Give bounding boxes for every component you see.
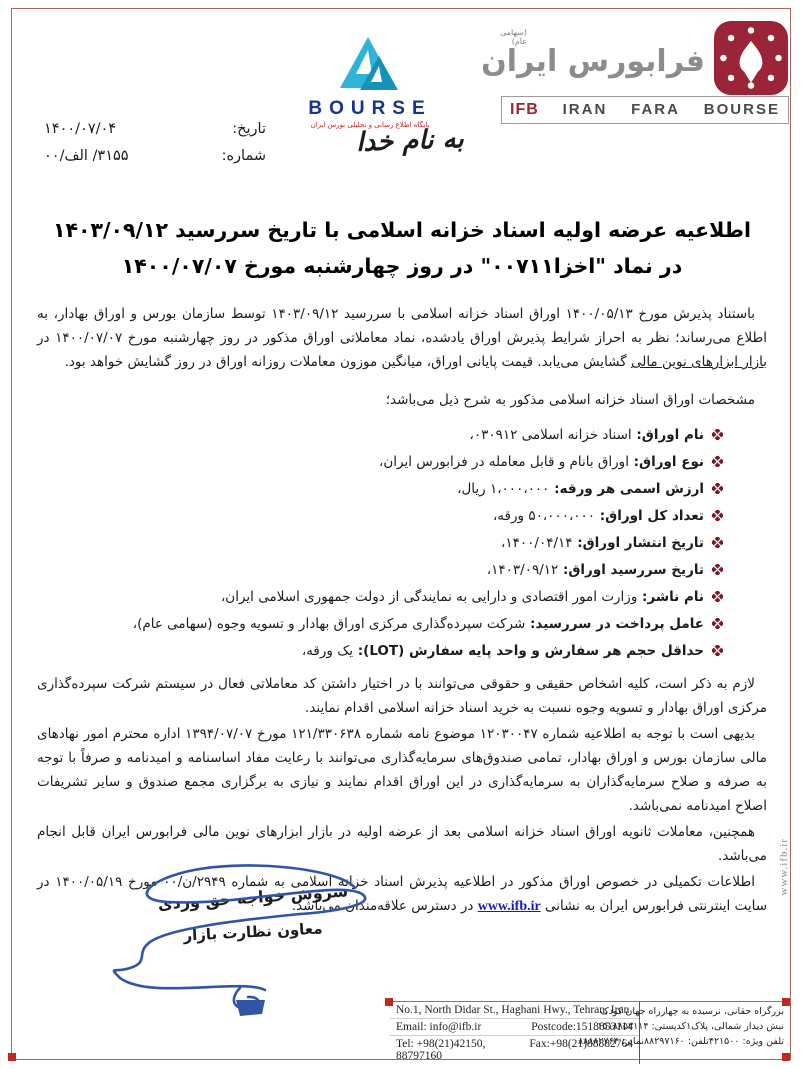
bourse24-wordmark: BOURSE [281, 98, 459, 120]
footer-fa-fax: نمابر: ۸۸۸۸۲۷۶۴ [578, 1034, 644, 1049]
spec-item: حداقل حجم هر سفارش و واحد پایه سفارش (LO… [37, 641, 723, 662]
number-label: شماره: [222, 143, 266, 170]
spec-label: عامل پرداخت در سررسید: [525, 616, 704, 632]
spec-value: اسناد خزانه اسلامی ۰۳۰۹۱۲، [470, 427, 632, 443]
footer-fa-tel: تلفن: ۸۸۲۹۷۱۶۰ [644, 1034, 709, 1049]
footer-fa-address: بزرگراه حقانی، نرسیده به چهارراه جهان کو… [600, 1004, 784, 1019]
border-bottom-right-square [782, 1053, 790, 1061]
diamond-bullet-icon [712, 510, 723, 521]
ifb-word-bourse: BOURSE [704, 101, 780, 119]
spec-label: تعداد کل اوراق: [595, 508, 704, 524]
diamond-bullet-icon [712, 483, 723, 494]
ifb-word-fara: FARA [631, 101, 680, 119]
intro-text-after: گشایش می‌یابد. قیمت پایانی اوراق، میانگی… [65, 354, 631, 370]
announcement-title: اطلاعیه عرضه اولیه اسناد خزانه اسلامی با… [37, 212, 767, 284]
spec-item: ارزش اسمی هر ورقه: ⁦۱،۰۰۰،۰۰۰⁩ ریال، [37, 479, 723, 500]
footer-persian-column: بزرگراه حقانی، نرسیده به چهارراه جهان کو… [640, 1002, 790, 1064]
footer-fa-tel-special: تلفن ویژه: ۴۲۱۵۰۰ [709, 1034, 784, 1049]
letter-date-row: تاریخ: ۱۴۰۰/۰۷/۰۴ [44, 116, 266, 143]
footer-contact-block: No.1, North Didar St., Haghani Hwy., Teh… [390, 1001, 790, 1064]
ifb-emblem-icon [713, 20, 789, 96]
footer-en-email: Email: info@ifb.ir [396, 1021, 481, 1033]
spec-item: تاریخ انتشار اوراق: ۱۴۰۰/۰۴/۱۴، [37, 533, 723, 554]
bourse24-triangle-icon [338, 36, 402, 92]
footer-rule-right-square [782, 998, 790, 1006]
spec-label: نام ناشر: [637, 589, 704, 605]
spec-value: شرکت سپرده‌گذاری مرکزی اوراق بهادار و تس… [133, 616, 526, 632]
ifb-acronym: IFB [510, 101, 539, 119]
spec-item: تاریخ سررسید اوراق: ۱۴۰۳/۰۹/۱۲، [37, 560, 723, 581]
paragraph-secondary-market: همچنین، معاملات ثانویه اوراق اسناد خزانه… [37, 820, 767, 868]
spec-label: ارزش اسمی هر ورقه: [549, 481, 704, 497]
spec-label: حداقل حجم هر سفارش و واحد پایه سفارش (LO… [353, 643, 704, 659]
spec-label: نام اوراق: [632, 427, 704, 443]
signature-block: سروش خواجه حق وردی معاون نظارت بازار [118, 888, 388, 941]
intro-underlined-market: بازار ابزارهای نوین مالی [631, 354, 767, 370]
spec-value: ۱۴۰۳/۰۹/۱۲، [487, 562, 558, 578]
paragraph-funds-notice: بدیهی است با توجه به اطلاعیه شماره ۱۲۰۳۰… [37, 722, 767, 818]
specs-list: نام اوراق: اسناد خزانه اسلامی ۰۳۰۹۱۲، نو… [37, 425, 767, 662]
diamond-bullet-icon [712, 645, 723, 656]
title-line-2: در نماد "اخزا۰۰۷۱۱" در روز چهارشنبه مورخ… [37, 248, 767, 284]
ifb-english-banner: IFB IRAN FARA BOURSE [501, 96, 789, 124]
spec-item: نام اوراق: اسناد خزانه اسلامی ۰۳۰۹۱۲، [37, 425, 723, 446]
ifb-word-iran: IRAN [563, 101, 608, 119]
spec-label: نوع اوراق: [629, 454, 704, 470]
spec-value: وزارت امور اقتصادی و دارایی به نمایندگی … [221, 589, 637, 605]
vertical-website-url: www.ifb.ir [778, 838, 790, 896]
border-bottom-left-square [8, 1053, 16, 1061]
footer-fa-postcode: کدپستی: ۱۵۱۸۸۵۳۱۱۴ [597, 1019, 686, 1034]
number-value: ۳۱۵۵/ الف/۰۰ [44, 143, 129, 170]
spec-value: اوراق بانام و قابل معامله در فرابورس ایر… [379, 454, 629, 470]
bourse24-watermark: BOURSE پایگاه اطلاع رسانی و تحلیلی بورس … [281, 36, 459, 129]
intro-paragraph: باستناد پذیرش مورخ ۱۴۰۰/۰۵/۱۳ اوراق اسنا… [37, 302, 767, 374]
specs-lead-line: مشخصات اوراق اسناد خزانه اسلامی مذکور به… [37, 388, 767, 412]
ifb-website-link[interactable]: www.ifb.ir [478, 899, 541, 914]
spec-label: تاریخ سررسید اوراق: [558, 562, 704, 578]
diamond-bullet-icon [712, 618, 723, 629]
spec-value: ۱۴۰۰/۰۴/۱۴، [501, 535, 572, 551]
bourse24-tagline: پایگاه اطلاع رسانی و تحلیلی بورس ایران [281, 121, 459, 129]
footer-en-tel: Tel: +98(21)42150, 88797160 [396, 1038, 529, 1062]
diamond-bullet-icon [712, 456, 723, 467]
spec-value: یک ورقه، [302, 643, 353, 659]
letter-meta: تاریخ: ۱۴۰۰/۰۷/۰۴ شماره: ۳۱۵۵/ الف/۰۰ [44, 116, 266, 170]
letter-body: اطلاعیه عرضه اولیه اسناد خزانه اسلامی با… [37, 212, 767, 921]
spec-item: تعداد کل اوراق: ⁦۵۰،۰۰۰،۰۰۰⁩ ورقه، [37, 506, 723, 527]
paragraph-eligibility: لازم به ذکر است، کلیه اشخاص حقیقی و حقوق… [37, 672, 767, 720]
spec-label: تاریخ انتشار اوراق: [573, 535, 704, 551]
spec-value: ⁦۵۰،۰۰۰،۰۰۰⁩ ورقه، [493, 508, 595, 524]
signatory-role: معاون نظارت بازار [118, 916, 389, 948]
footer-rule-left-square [385, 998, 393, 1006]
footer-fa-address2: نبش دیدار شمالی، پلاک۱ [686, 1019, 784, 1034]
diamond-bullet-icon [712, 591, 723, 602]
date-value: ۱۴۰۰/۰۷/۰۴ [44, 116, 116, 143]
title-line-1: اطلاعیه عرضه اولیه اسناد خزانه اسلامی با… [37, 212, 767, 248]
spec-item: نوع اوراق: اوراق بانام و قابل معامله در … [37, 452, 723, 473]
intro-text-before: باستناد پذیرش مورخ ۱۴۰۰/۰۵/۱۳ اوراق اسنا… [37, 306, 767, 346]
spec-item: عامل پرداخت در سررسید: شرکت سپرده‌گذاری … [37, 614, 723, 635]
letter-number-row: شماره: ۳۱۵۵/ الف/۰۰ [44, 143, 266, 170]
document-page: { "meta": { "date_label": "تاریخ:", "dat… [0, 0, 803, 1069]
diamond-bullet-icon [712, 564, 723, 575]
ifb-farsi-logotype: فرابورس ایران [500, 44, 705, 79]
diamond-bullet-icon [712, 429, 723, 440]
spec-item: نام ناشر: وزارت امور اقتصادی و دارایی به… [37, 587, 723, 608]
date-label: تاریخ: [232, 116, 266, 143]
spec-value: ⁦۱،۰۰۰،۰۰۰⁩ ریال، [457, 481, 549, 497]
footer-en-address: No.1, North Didar St., Haghani Hwy., Teh… [396, 1004, 629, 1016]
diamond-bullet-icon [712, 537, 723, 548]
